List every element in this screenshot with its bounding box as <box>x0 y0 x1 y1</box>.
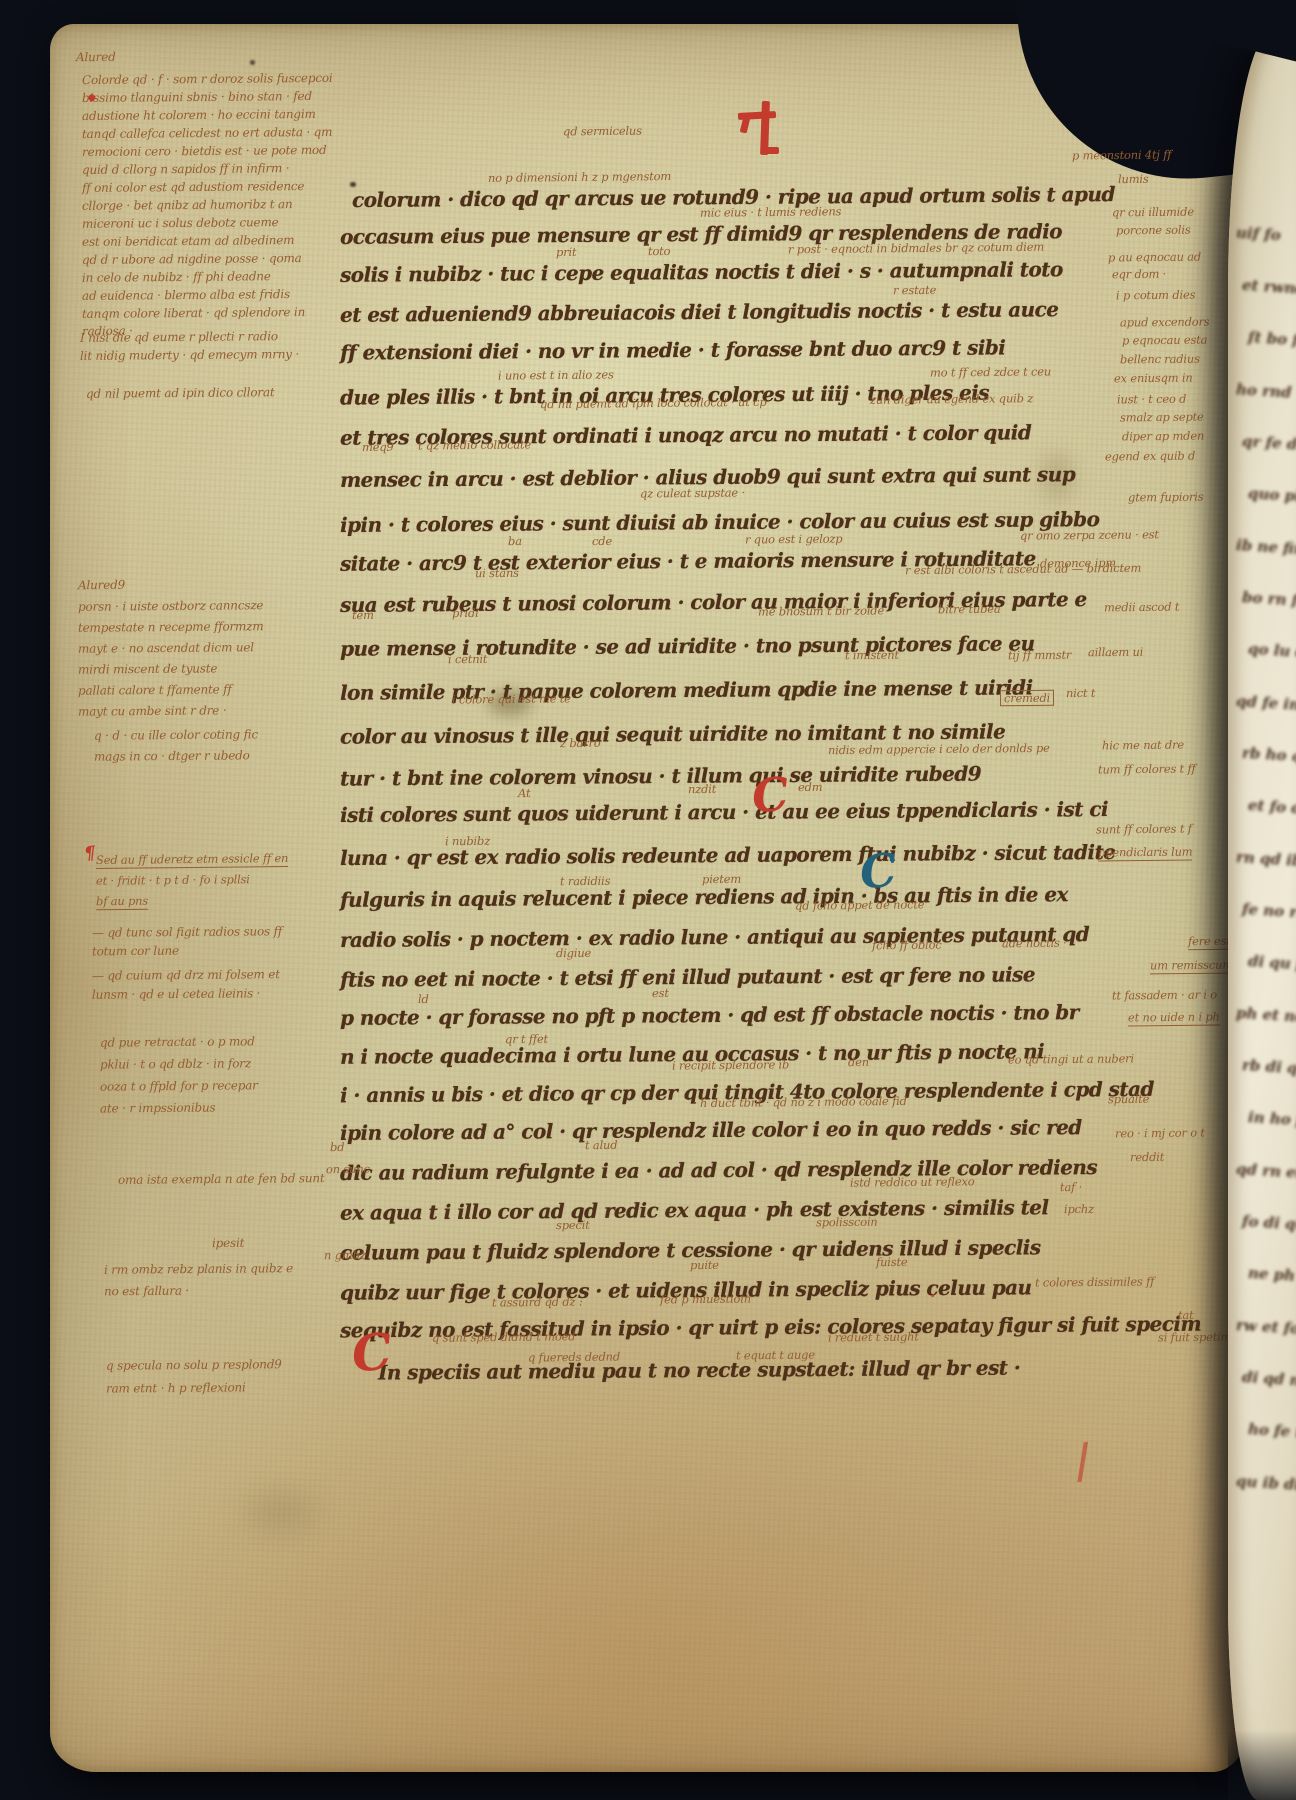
facing-page-text-line: fo di qu <box>1242 1212 1296 1234</box>
facing-page-text-line: ſt bo fe <box>1248 328 1296 350</box>
facing-page-text-line: qr fe di <box>1242 432 1296 454</box>
manuscript-page <box>50 24 1246 1772</box>
facing-page-text-line: et rwnd <box>1242 276 1296 298</box>
facing-page-text-line: quo ph <box>1248 484 1296 506</box>
facing-page-text-line: rb di qe <box>1242 1056 1296 1078</box>
facing-page-edge: – · III uif foet rwndſt bo feho rndqr fe… <box>1228 30 1296 1800</box>
facing-page-text-line: ph et no <box>1236 1004 1296 1026</box>
facing-page-text-line: ne ph ib <box>1248 1264 1296 1286</box>
facing-page-text-line: rb ho qn <box>1242 744 1296 766</box>
facing-page-text-line: qd fe in <box>1236 692 1296 714</box>
facing-page-text-line: uif fo <box>1235 224 1281 245</box>
facing-page-text-line: in ho fe <box>1248 1108 1296 1130</box>
facing-page-text-line: rn qd ib <box>1236 848 1296 870</box>
facing-page-text-line: fe no rn <box>1242 900 1296 922</box>
facing-page-text-line: qd rn et <box>1236 1160 1296 1182</box>
facing-page-text-line: di qd ne <box>1242 1368 1296 1390</box>
facing-page-text-line: ho fe rn <box>1248 1420 1296 1442</box>
red-section-numeral <box>738 100 782 156</box>
facing-page-text-line: bo rn ft <box>1242 588 1296 610</box>
facing-page-text-line: di qu fo <box>1248 952 1296 974</box>
ink-smudge <box>488 690 532 716</box>
facing-page-text-line: qu ib di <box>1236 1472 1296 1494</box>
facing-page-text-line: ho rnd <box>1236 380 1292 401</box>
parchment-stain <box>246 1492 316 1532</box>
facing-page-text-line: qo lu die <box>1248 640 1296 662</box>
manuscript-photo: { "palette":{"bg":"#0b0e16","ink":"#4e30… <box>0 0 1296 1800</box>
parchment-stain <box>1040 452 1074 502</box>
facing-page-text-line: ib ne fir <box>1236 536 1296 558</box>
facing-page-text-line: et fo di <box>1248 796 1296 818</box>
facing-page-text-line: rw et fo <box>1236 1316 1296 1338</box>
